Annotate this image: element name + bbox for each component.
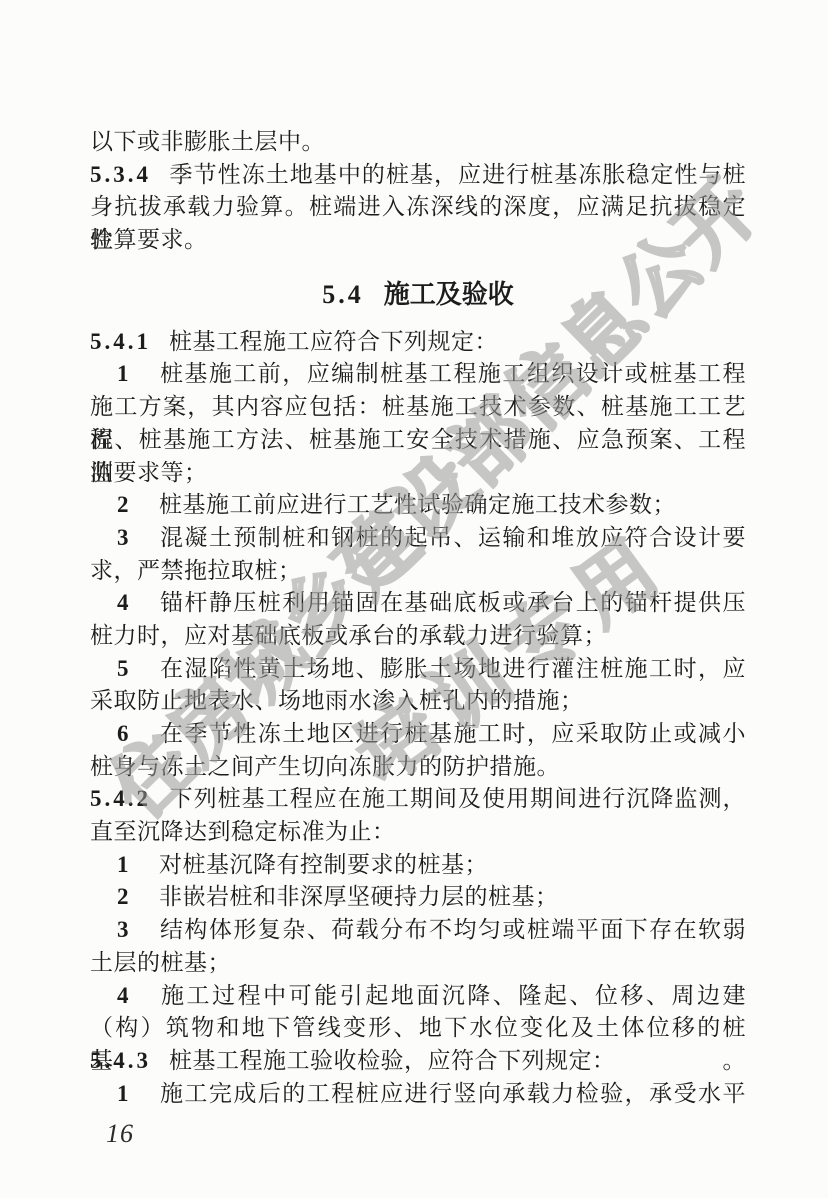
item-number: 2	[117, 492, 129, 517]
text-block: 以下或非膨胀土层中。5.3.4季节性冻土地基中的桩基，应进行桩基冻胀稳定性与桩身…	[90, 126, 746, 1110]
text-line: 施工方案，其内容应包括：桩基施工技术参数、桩基施工工艺流	[90, 391, 746, 424]
line-text: 混凝土预制桩和钢桩的起吊、运输和堆放应符合设计要	[159, 525, 746, 550]
text-line: 身抗拔承载力验算。桩端进入冻深线的深度，应满足抗拔稳定性	[90, 191, 746, 224]
line-text: 以下或非膨胀土层中。	[90, 129, 325, 154]
line-text: 在湿陷性黄土场地、膨胀土场地进行灌注桩施工时，应	[159, 656, 746, 681]
scanned-page: 住房城乡建设部信息公开 培训专用 以下或非膨胀土层中。5.3.4季节性冻土地基中…	[0, 0, 828, 1198]
document-page: { "document": { "page_number": "16", "co…	[0, 0, 828, 1198]
item-number: 5	[117, 656, 129, 681]
text-line: 2桩基施工前应进行工艺性试验确定施工技术参数；	[90, 489, 746, 522]
line-text: 桩基施工前，应编制桩基工程施工组织设计或桩基工程	[159, 361, 746, 386]
text-line: 直至沉降达到稳定标准为止：	[90, 816, 746, 849]
text-line: 桩身与冻土之间产生切向冻胀力的防护措施。	[90, 751, 746, 784]
text-line: 1桩基施工前，应编制桩基工程施工组织设计或桩基工程	[90, 358, 746, 391]
text-line: 5.4.1桩基工程施工应符合下列规定：	[90, 326, 746, 359]
page-number: 16	[106, 1119, 134, 1149]
item-number: 1	[117, 852, 129, 877]
line-text: 结构体形复杂、荷载分布不均匀或桩端平面下存在软弱	[159, 917, 746, 942]
item-number: 2	[117, 884, 129, 909]
text-line: 以下或非膨胀土层中。	[90, 126, 746, 159]
text-line: 3结构体形复杂、荷载分布不均匀或桩端平面下存在软弱	[90, 914, 746, 947]
line-text: 求，严禁拖拉取桩；	[90, 558, 302, 583]
clause-number: 5.4.1	[90, 329, 151, 354]
clause-number: 5.4.3	[90, 1048, 151, 1073]
text-line: 3混凝土预制桩和钢桩的起吊、运输和堆放应符合设计要	[90, 522, 746, 555]
text-line: 程、桩基施工方法、桩基施工安全技术措施、应急预案、工程监	[90, 424, 746, 457]
line-text: 非嵌岩桩和非深厚坚硬持力层的桩基；	[159, 884, 559, 909]
text-line: 土层的桩基；	[90, 947, 746, 980]
text-line: 6在季节性冻土地区进行桩基施工时，应采取防止或减小	[90, 718, 746, 751]
line-text: 桩基工程施工验收检验，应符合下列规定：	[169, 1048, 616, 1073]
text-line: 1施工完成后的工程桩应进行竖向承载力检验，承受水平	[90, 1078, 746, 1111]
line-text: 桩身与冻土之间产生切向冻胀力的防护措施。	[90, 754, 560, 779]
section-heading: 5.4施工及验收	[90, 277, 746, 313]
line-text: 验算要求。	[90, 227, 208, 252]
section-number: 5.4	[322, 280, 364, 309]
line-text: 测要求等；	[90, 460, 208, 485]
item-number: 1	[117, 361, 129, 386]
item-number: 3	[117, 525, 129, 550]
text-line: 1对桩基沉降有控制要求的桩基；	[90, 849, 746, 882]
line-text: 桩基施工前应进行工艺性试验确定施工技术参数；	[159, 492, 676, 517]
item-number: 4	[117, 983, 129, 1008]
text-line: 4锚杆静压桩利用锚固在基础底板或承台上的锚杆提供压	[90, 587, 746, 620]
line-text: 锚杆静压桩利用锚固在基础底板或承台上的锚杆提供压	[159, 590, 746, 615]
text-line: （构）筑物和地下管线变形、地下水位变化及土体位移的桩基。	[90, 1012, 746, 1045]
text-line: 4施工过程中可能引起地面沉降、隆起、位移、周边建	[90, 980, 746, 1013]
text-line: 采取防止地表水、场地雨水渗入桩孔内的措施；	[90, 685, 746, 718]
text-line: 验算要求。	[90, 224, 746, 257]
section-title: 施工及验收	[384, 280, 514, 309]
line-text: 在季节性冻土地区进行桩基施工时，应采取防止或减小	[159, 721, 746, 746]
item-number: 6	[117, 721, 129, 746]
line-text: 下列桩基工程应在施工期间及使用期间进行沉降监测，	[169, 786, 746, 811]
clause-number: 5.4.2	[90, 786, 151, 811]
text-line: 5.3.4季节性冻土地基中的桩基，应进行桩基冻胀稳定性与桩	[90, 159, 746, 192]
line-text: 土层的桩基；	[90, 950, 231, 975]
item-number: 4	[117, 590, 129, 615]
line-text: 采取防止地表水、场地雨水渗入桩孔内的措施；	[90, 688, 584, 713]
clause-number: 5.3.4	[90, 162, 151, 187]
line-text: 直至沉降达到稳定标准为止：	[90, 819, 396, 844]
text-line: 测要求等；	[90, 457, 746, 490]
line-text: 桩力时，应对基础底板或承台的承载力进行验算；	[90, 623, 607, 648]
item-number: 3	[117, 917, 129, 942]
text-line: 2非嵌岩桩和非深厚坚硬持力层的桩基；	[90, 881, 746, 914]
text-line: 求，严禁拖拉取桩；	[90, 555, 746, 588]
line-text: 对桩基沉降有控制要求的桩基；	[159, 852, 488, 877]
line-text: 桩基工程施工应符合下列规定：	[169, 329, 498, 354]
line-text: 施工完成后的工程桩应进行竖向承载力检验，承受水平	[159, 1081, 746, 1106]
line-text: 施工过程中可能引起地面沉降、隆起、位移、周边建	[159, 983, 746, 1008]
text-line: 桩力时，应对基础底板或承台的承载力进行验算；	[90, 620, 746, 653]
line-text: 季节性冻土地基中的桩基，应进行桩基冻胀稳定性与桩	[169, 162, 746, 187]
text-line: 5在湿陷性黄土场地、膨胀土场地进行灌注桩施工时，应	[90, 653, 746, 686]
text-line: 5.4.2下列桩基工程应在施工期间及使用期间进行沉降监测，	[90, 783, 746, 816]
item-number: 1	[117, 1081, 129, 1106]
